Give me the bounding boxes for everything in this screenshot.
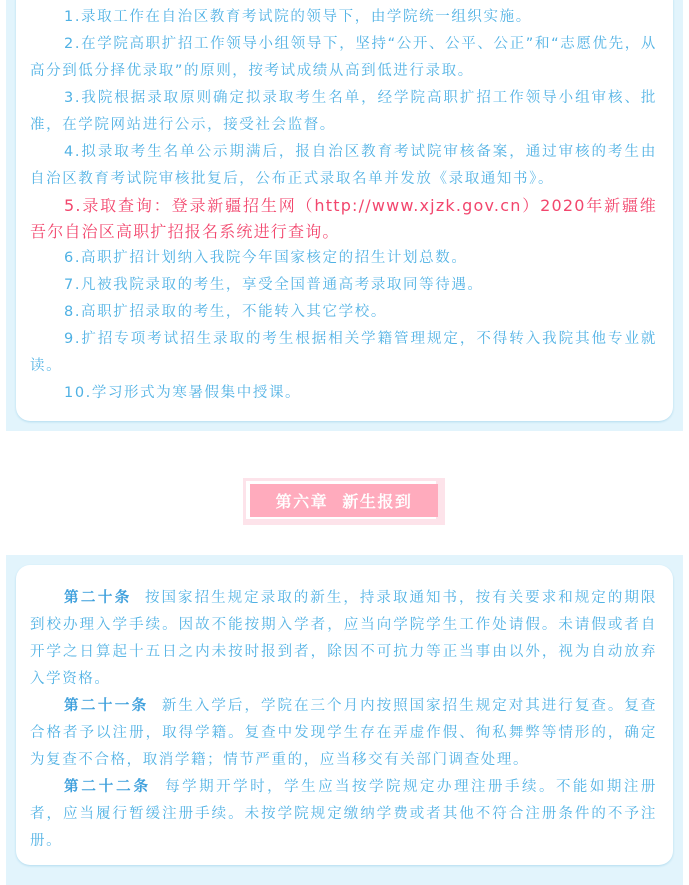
article-22-title: 第二十二条	[64, 779, 151, 795]
registration-panel: 第二十条 按国家招生规定录取的新生，持录取通知书，按有关要求和规定的期限到校办理…	[6, 555, 683, 885]
chapter-heading: 第六章 新生报到	[250, 484, 438, 517]
article-21-title: 第二十一条	[64, 698, 149, 714]
rule-item-4: 4.拟录取考生名单公示期满后，报自治区教育考试院审核备案，通过审核的考生由自治区…	[30, 139, 657, 193]
article-20: 第二十条 按国家招生规定录取的新生，持录取通知书，按有关要求和规定的期限到校办理…	[30, 585, 657, 693]
rule-item-6: 6.高职扩招计划纳入我院今年国家核定的招生计划总数。	[30, 245, 657, 272]
article-21: 第二十一条 新生入学后，学院在三个月内按照国家招生规定对其进行复查。复查合格者予…	[30, 693, 657, 774]
registration-card: 第二十条 按国家招生规定录取的新生，持录取通知书，按有关要求和规定的期限到校办理…	[16, 565, 673, 865]
admission-rules-card: 1.录取工作在自治区教育考试院的领导下，由学院统一组织实施。 2.在学院高职扩招…	[16, 0, 673, 421]
rule-item-5-query-link[interactable]: 5.录取查询：登录新疆招生网（http://www.xjzk.gov.cn）20…	[30, 193, 657, 245]
chapter-heading-frame: 第六章 新生报到	[243, 478, 445, 525]
rule-item-10: 10.学习形式为寒暑假集中授课。	[30, 380, 657, 407]
rule-item-2: 2.在学院高职扩招工作领导小组领导下，坚持“公开、公平、公正”和“志愿优先，从高…	[30, 31, 657, 85]
rule-item-7: 7.凡被我院录取的考生，享受全国普通高考录取同等待遇。	[30, 272, 657, 299]
rule-item-9: 9.扩招专项考试招生录取的考生根据相关学籍管理规定，不得转入我院其他专业就读。	[30, 326, 657, 380]
rule-item-3: 3.我院根据录取原则确定拟录取考生名单，经学院高职扩招工作领导小组审核、批准，在…	[30, 85, 657, 139]
article-20-title: 第二十条	[64, 590, 132, 606]
rule-item-8: 8.高职扩招录取的考生，不能转入其它学校。	[30, 299, 657, 326]
rule-item-1: 1.录取工作在自治区教育考试院的领导下，由学院统一组织实施。	[30, 4, 657, 31]
admission-rules-panel: 1.录取工作在自治区教育考试院的领导下，由学院统一组织实施。 2.在学院高职扩招…	[6, 0, 683, 431]
article-22: 第二十二条 每学期开学时，学生应当按学院规定办理注册手续。不能如期注册者，应当履…	[30, 774, 657, 855]
